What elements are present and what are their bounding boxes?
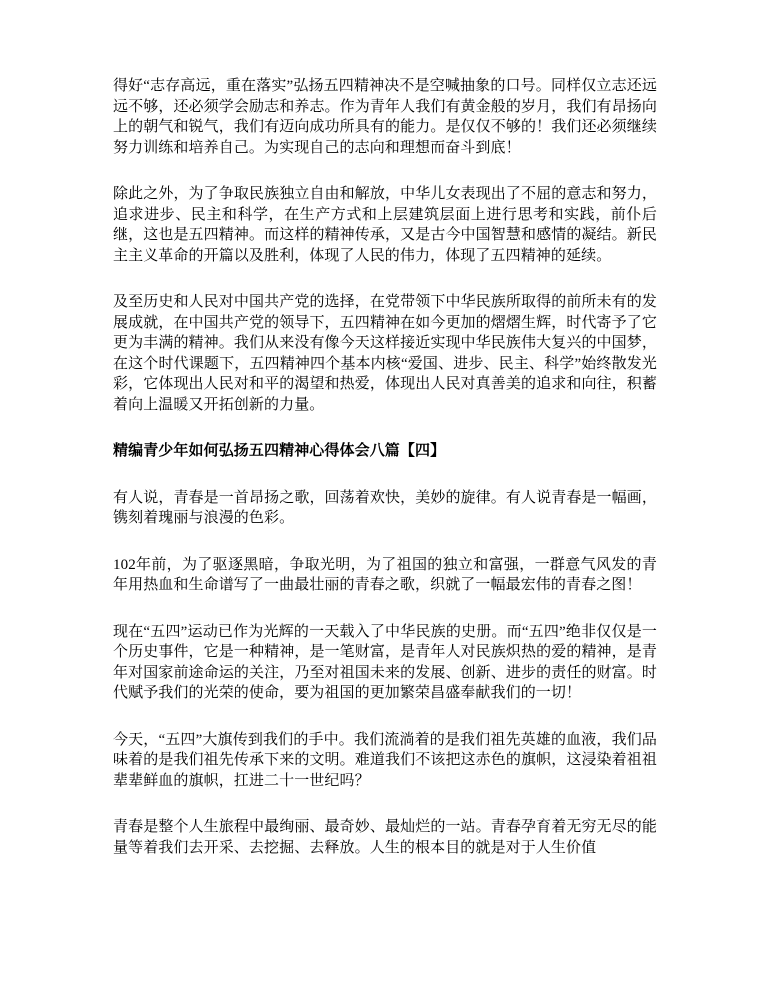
body-paragraph-6: 现在“五四”运动已作为光辉的一天载入了中华民族的史册。而“五四”绝非仅仅是一个历… — [113, 622, 657, 704]
body-paragraph-8: 青春是整个人生旅程中最绚丽、最奇妙、最灿烂的一站。青春孕育着无穷无尽的能量等着我… — [113, 817, 657, 858]
body-paragraph-2: 除此之外，为了争取民族独立自由和解放，中华儿女表现出了不屈的意志和努力，追求进步… — [113, 184, 657, 266]
section-heading: 精编青少年如何弘扬五四精神心得体会八篇【四】 — [113, 441, 657, 462]
document-page: 得好“志存高远，重在落实”弘扬五四精神决不是空喊抽象的口号。同样仅立志还远远不够… — [0, 0, 770, 1000]
body-paragraph-4: 有人说，青春是一首昂扬之歌，回荡着欢快，美妙的旋律。有人说青春是一幅画，镌刻着瑰… — [113, 488, 657, 529]
body-paragraph-5: 102年前，为了驱逐黑暗，争取光明，为了祖国的独立和富强，一群意气风发的青年用热… — [113, 555, 657, 596]
body-paragraph-1: 得好“志存高远，重在落实”弘扬五四精神决不是空喊抽象的口号。同样仅立志还远远不够… — [113, 76, 657, 158]
body-paragraph-3: 及至历史和人民对中国共产党的选择，在党带领下中华民族所取得的前所未有的发展成就，… — [113, 292, 657, 415]
body-paragraph-7: 今天，“五四”大旗传到我们的手中。我们流淌着的是我们祖先英雄的血液，我们品味着的… — [113, 730, 657, 792]
